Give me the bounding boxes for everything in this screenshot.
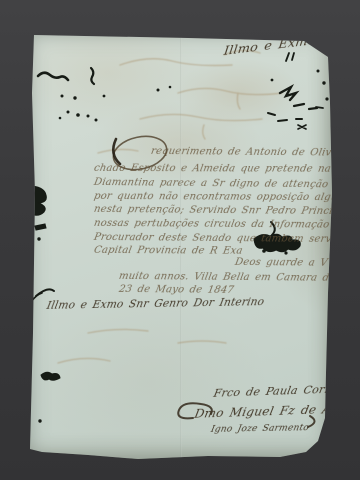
manuscript-paper: Illmo e Exmo Snr requerimento de Antonio… <box>28 33 332 459</box>
signature-2: Dmo Miguel Fz de Almda Sz <box>193 400 360 421</box>
ink-mark-bottom-left <box>41 372 60 380</box>
ink-comma-top <box>91 68 94 84</box>
body-line-5: nesta pretenção; Servindo Snr Pedro Prin… <box>93 204 346 217</box>
ink-blob-left-edge <box>28 186 46 215</box>
signature-1: Frco de Paula Corra <box>212 383 338 400</box>
body-line-4: por quanto não encontramos opposição alg… <box>93 191 354 203</box>
closing-line-2: muito annos. Villa Bella em Camara de <box>118 271 336 284</box>
body-line-8: Capital Provincia de R Exa <box>93 245 243 257</box>
body-line-7: Procurador deste Senado que tambem serve… <box>93 232 360 245</box>
addressee-line: Illmo e Exmo Snr Genro Dor Interino <box>46 296 266 312</box>
body-line-6: nossas pertubações circulos da Informaçã… <box>93 218 348 231</box>
ink-squiggle-top-left <box>38 73 68 80</box>
signature-3: Igno Joze Sarmento <box>210 423 310 435</box>
photo-background: Illmo e Exmo Snr requerimento de Antonio… <box>0 0 360 480</box>
ink-flourish-left <box>36 289 54 296</box>
salutation-line: Illmo e Exmo Snr <box>223 28 347 57</box>
ink-scrawl-top-right <box>280 87 296 100</box>
body-line-2: chado Esposito e Almeida que pretende na… <box>93 163 360 175</box>
dateline: 23 de Mayo de 1847 <box>118 284 235 296</box>
body-line-3: Diamantina parece a Sr digno de attenção… <box>93 177 360 191</box>
closing-line-1: Deos guarde a V Exa <box>234 257 353 269</box>
body-line-1: requerimento de Antonio de Oliveira Ma- <box>150 146 360 159</box>
